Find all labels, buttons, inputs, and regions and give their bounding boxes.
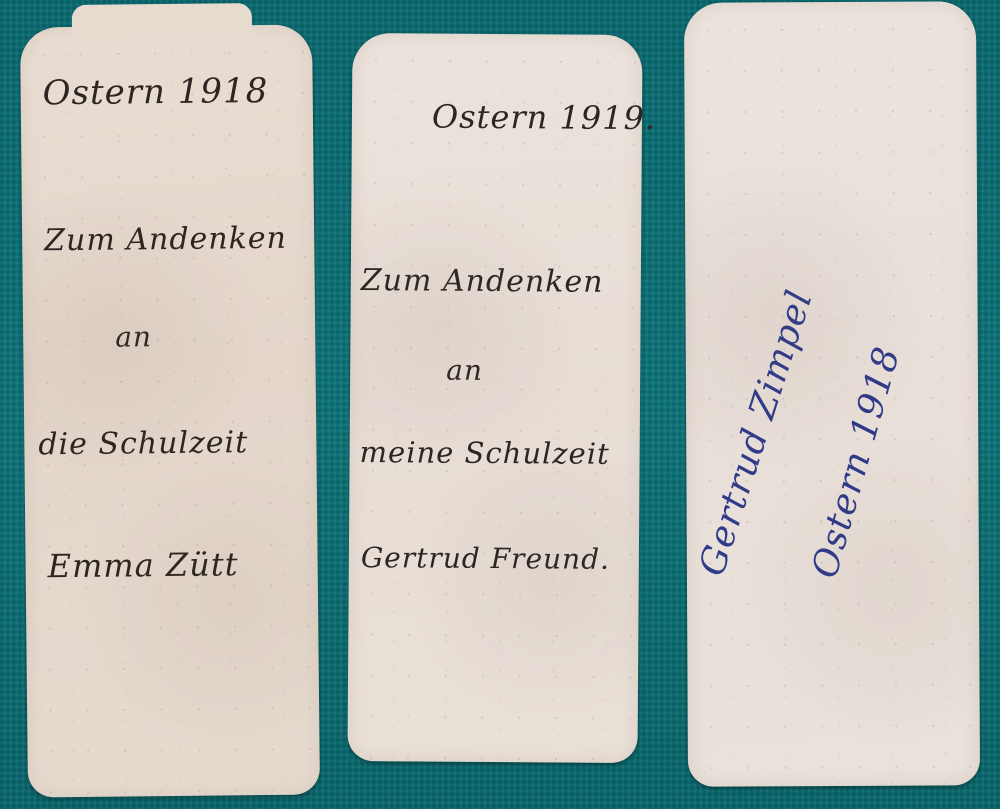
card-2-signature: Gertrud Freund. bbox=[361, 541, 610, 576]
keepsake-card-1: Ostern 1918 Zum Andenken an die Schulzei… bbox=[20, 24, 320, 797]
card-1-line-2: Zum Andenken bbox=[44, 221, 287, 259]
paper-texture bbox=[20, 24, 320, 797]
card-1-line-4: die Schulzeit bbox=[38, 425, 248, 462]
keepsake-card-3: Gertrud Zimpel Ostern 1918 bbox=[684, 1, 980, 787]
card-2-line-3: an bbox=[446, 354, 483, 387]
card-2-line-4: meine Schulzeit bbox=[360, 435, 610, 471]
card-2-line-2: Zum Andenken bbox=[361, 263, 604, 300]
card-torn-tab bbox=[72, 3, 252, 39]
card-1-signature: Emma Zütt bbox=[47, 545, 238, 585]
card-2-date: Ostern 1919. bbox=[432, 98, 656, 138]
card-1-line-3: an bbox=[115, 320, 152, 353]
keepsake-card-2: Ostern 1919. Zum Andenken an meine Schul… bbox=[347, 33, 642, 763]
card-1-date: Ostern 1918 bbox=[42, 71, 268, 113]
paper-texture bbox=[347, 33, 642, 763]
paper-texture bbox=[684, 1, 980, 787]
